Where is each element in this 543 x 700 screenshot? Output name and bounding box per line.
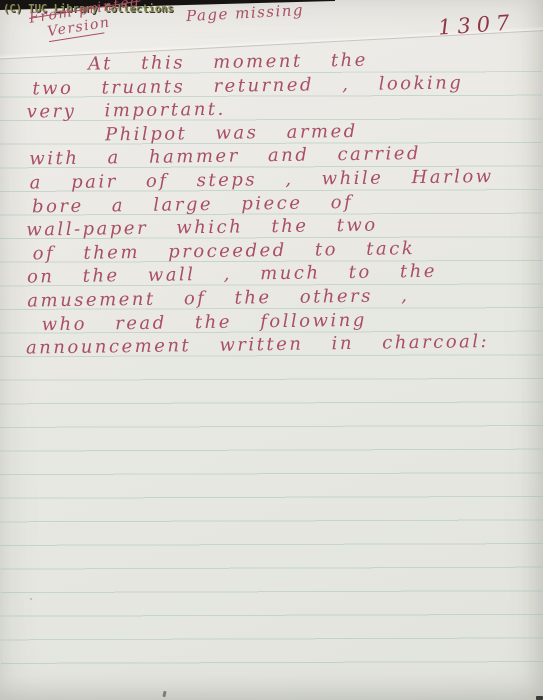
manuscript-page-photo: (C) TUC Library Collections From printed… (0, 0, 543, 700)
page-missing-note: Page missing (186, 1, 305, 25)
paper-speck (162, 691, 166, 697)
manuscript-text: At this moment the two truants returned … (16, 46, 540, 360)
paper-speck (30, 598, 32, 600)
photo-corner-shadow (536, 696, 543, 700)
